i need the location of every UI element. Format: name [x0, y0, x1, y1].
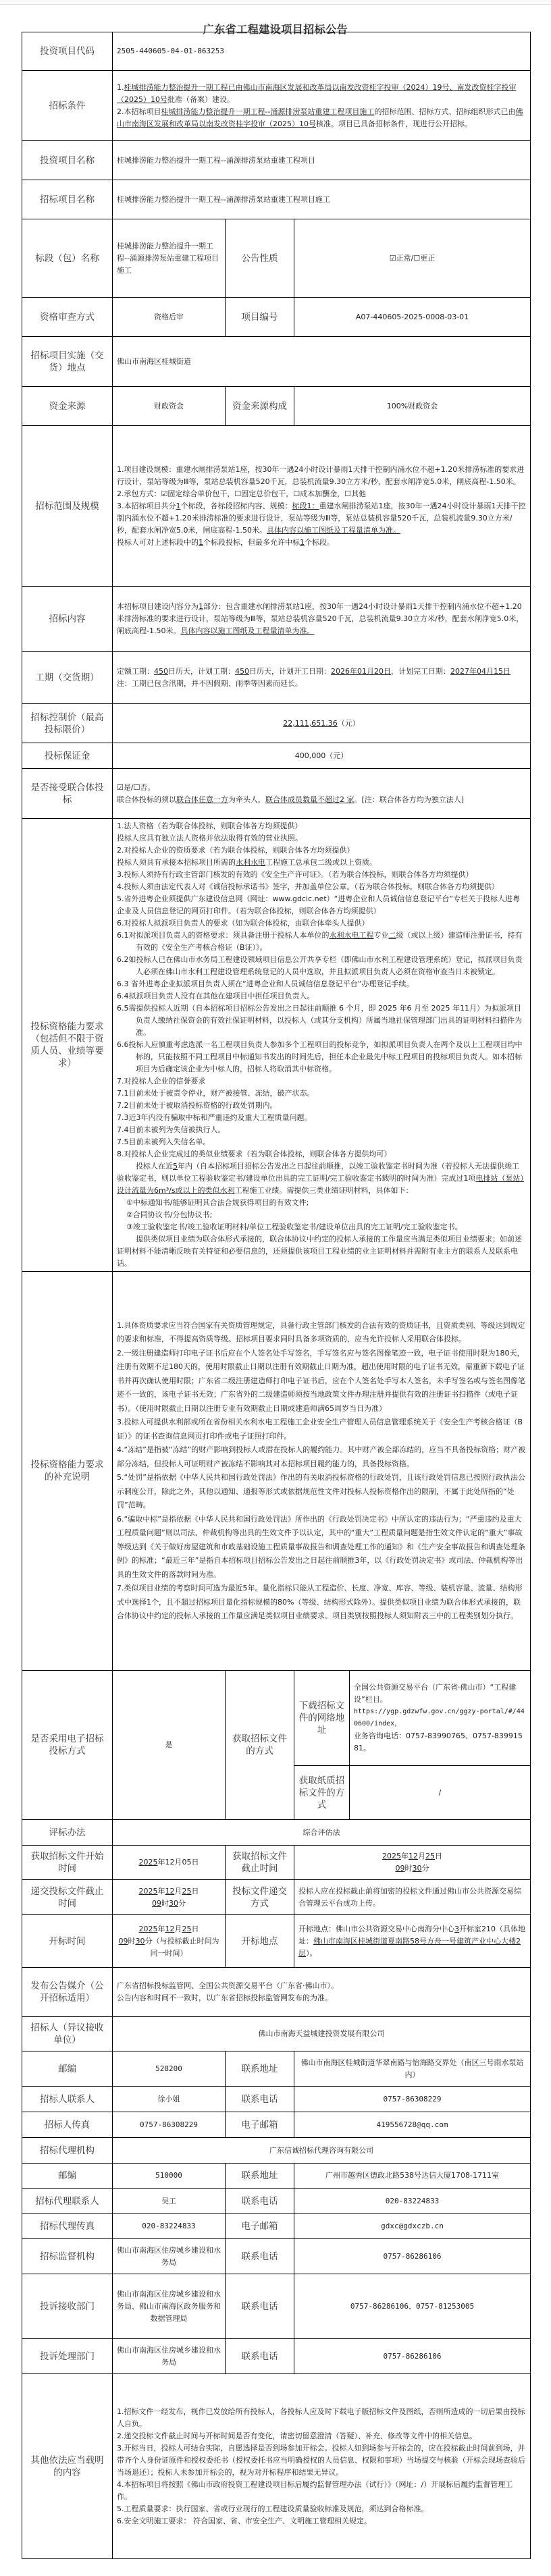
text: 佛山市南海区桂城街道夏南路58号方舟一号建筑产业中心大楼2层 [298, 1937, 521, 1958]
text: 7.1目前未处于被责令停业，财产被接管、冻结，破产状态。 [117, 1088, 526, 1100]
text: （元） [338, 719, 360, 728]
text: 8.对投标人企业完成过的类似业绩要求（若为联合体投标，则联合体各方提供均可） [117, 1148, 526, 1160]
complaint-handle-value: 佛山市南海区住房城乡建设和水务局 [113, 2339, 226, 2374]
consortium-value: ☑是/☐否。 联合体投标的须以联合体任意一方为牵头人，联合体成员数量不超过2 家… [113, 769, 531, 819]
text: 3.本招标项目共分 [117, 502, 176, 510]
label: 投标保证金 [22, 743, 113, 769]
label: 投标资格能力要求的补充说明 [22, 1272, 113, 1671]
supplement-value: 1.具体资质要求应当符合国家有关资质管理规定，具备行政主管部门核发的合法有效的资… [113, 1272, 531, 1671]
row-investment-code: 投资项目代码 2505-440605-04-01-863253 [22, 32, 531, 71]
label: 联系电话 [226, 2339, 294, 2374]
label: 评标办法 [22, 1820, 113, 1846]
text: 09 [152, 1899, 161, 1908]
label: 下载招标文件的网络地址 [294, 1671, 350, 1766]
text: 1.法人资格（若为联合体投标，则联合体各方均须提供） [117, 820, 526, 832]
row-scope: 招标范围及规模 1.项目建设规模：重建水闸排涝泵站1座，按30年一遇24小时设计… [22, 426, 531, 587]
label: 资金来源构成 [226, 387, 294, 426]
label: 联系地址 [226, 2164, 294, 2189]
label: 公告性质 [226, 219, 294, 298]
text: 佛山市南海区发展和改革局 [243, 83, 332, 92]
text: 7.5目前未被列入失信名单。 [117, 1136, 526, 1148]
label: 投标文件递交方式 [226, 1880, 294, 1915]
text: 3 [454, 1925, 459, 1933]
text: 为牵头人， [228, 795, 265, 804]
row-tenderer: 招标人（异议接收单位） 佛山市南海天益城建投资发展有限公司 [22, 2017, 531, 2051]
row-other: 其他依法应当载明的内容 1.招标文件一经发布，视作已发放给所有投标人，各投标人应… [22, 2374, 531, 2559]
agency-value: 广东信诚招标代理咨询有限公司 [113, 2138, 531, 2164]
label: 开标地点 [226, 1915, 294, 1968]
supervisor-value: 佛山市南海区住房城乡建设和水务局 [113, 2239, 226, 2274]
label: 招标内容 [22, 587, 113, 652]
row-agency: 招标代理机构 广东信诚招标代理咨询有限公司 [22, 2138, 531, 2164]
text: 6.6投标人应慎重考虑选派一名工程项目负责人参加多个工程项目的投标竞争，如拟派项… [117, 1039, 526, 1075]
text: 全国公共资源交易平台（广东省·佛山市）“工程建设”栏目。 [354, 1682, 526, 1706]
row-content: 招标内容 本招标项目建设内容分为1部分：包含重建水闸排涝泵站1座，按30年一遇2… [22, 587, 531, 652]
text: 本招标项目建设内容分为 [117, 602, 199, 611]
paper-method-value: / [350, 1766, 531, 1820]
text: ，计划完工日期： [391, 667, 450, 676]
text: 批准（备案）建设。 [167, 95, 234, 104]
row-bid-bond: 投标保证金 400,000（元） [22, 743, 531, 769]
text: ①中标通知书/能够证明其合法合规获得项目的有效文件; [117, 1197, 526, 1209]
text: ③竣工验收鉴定书/竣工验收证明材料/单位工程验收鉴定书/建设单位出具的完工证明/… [117, 1221, 526, 1233]
label: 招标控制价（最高投标限价） [22, 704, 113, 743]
label: 标段（包）名称 [22, 219, 113, 298]
text: 1 [176, 502, 181, 510]
agency-contact-value: 吴工 [113, 2189, 226, 2214]
row-complaint-handle: 投诉处理部门 佛山市南海区住房城乡建设和水务局 联系电话 0757-862861… [22, 2339, 531, 2374]
row-conditions: 招标条件 1.桂城排涝能力整治提升一期工程已由佛山市南海区发展和改革局以南发改资… [22, 71, 531, 141]
text: 的招标范围、招标方式、招标组织形式已由 [374, 107, 515, 116]
location-value: 佛山市南海区桂城街道 [113, 337, 531, 387]
label: 招标人（异议接收单位） [22, 2017, 113, 2051]
text: 2.对投标人企业的资质要求（若为联合体投标，则联合体各方均须提供） [117, 844, 526, 857]
label: 发布公告媒介（公开招标适用） [22, 1968, 113, 2017]
label: 电子邮箱 [226, 2112, 294, 2138]
row-electronic-download: 是否采用电子招标投标方式 是 获取招标文件的方式 下载招标文件的网络地址 全国公… [22, 1671, 531, 1766]
requirements-value: 1.法人资格（若为联合体投标，则联合体各方均须提供） 投标人应具有独立法人资格并… [113, 819, 531, 1272]
text: 业务咨询电话：0757-83990765、0757-83991581。 [354, 1730, 526, 1754]
text: 二 [389, 931, 396, 940]
funding-composition-value: 100%财政资金 [294, 387, 531, 426]
top-bar [0, 0, 551, 5]
text: 09 [119, 1937, 128, 1946]
text: 22,111,651.36 [283, 719, 337, 728]
tender-name-value: 桂城排涝能力整治提升一期工程--涌源排涝泵站重建工程项目施工 [113, 180, 531, 219]
obtain-start-value: 2025年12月05日 [113, 1846, 226, 1880]
tenderer-contact-value: 徐小姐 [113, 2087, 226, 2112]
label: 招标范围及规模 [22, 426, 113, 587]
text: 注：工期已包含汛期，并不因假期、雨季等因素而延长。 [117, 679, 303, 688]
text: 5.“处罚”是指依据《中华人民共和国行政处罚法》作出的有关取消投标资格的行政处罚… [117, 1471, 526, 1513]
planned-start-date: 2026年01月20日 [331, 667, 391, 676]
text: 12 [165, 1887, 175, 1896]
text: 以 [332, 83, 340, 92]
media-value: 广东省招标投标监管网、全国公共资源交易平台（广东省·佛山市）。 公告内容和时间不… [113, 1968, 531, 2017]
agency-address-value: 广州市越秀区德政北路538号达信大厦1708-1711室 [294, 2164, 531, 2189]
label: 招标代理机构 [22, 2138, 113, 2164]
label: 投标资格能力要求（包括但不限于资质人员、业绩等要求） [22, 819, 113, 1272]
row-agency-post: 邮编 510000 联系地址 广州市越秀区德政北路538号达信大厦1708-17… [22, 2164, 531, 2189]
qualification-review-value: 资格后审 [113, 298, 226, 337]
label: 获取招标文件开始时间 [22, 1846, 113, 1880]
text: 5 [173, 1162, 178, 1171]
row-agency-fax: 招标代理传真 020-83224833 电子邮箱 gdxc@gdxczb.cn [22, 2214, 531, 2239]
text: 具体内容以施工图纸及工程量清单为准。 [267, 526, 400, 535]
row-tenderer-contact: 招标人联系人 徐小姐 联系电话 0757-86308229 [22, 2087, 531, 2112]
text: 2.递交投标文件截止时间与开标时间是否有变化，请密切留意澄清（答疑）、补充、修改… [117, 2430, 526, 2442]
text: 日历天，计划工期： [168, 667, 235, 676]
supervisor-phone-value: 0757-86286106 [294, 2239, 531, 2274]
label: 联系电话 [226, 2189, 294, 2214]
text: 工程施工总承包二级或以上资质。 [265, 858, 377, 867]
label: 投诉处理部门 [22, 2339, 113, 2374]
row-evaluation: 评标办法 综合评估法 [22, 1820, 531, 1846]
lot-name-value: 桂城排涝能力整治提升一期工程--涌源排涝泵站重建工程项目施工 [113, 219, 226, 298]
text: 6.安全文明施工要求： 符合国家、省、市安全生产、文明施工管理相关规定。 [117, 2515, 526, 2527]
text: ②合同协议书/分包协议书; [117, 1209, 526, 1221]
tenderer-postcode-value: 528200 [113, 2051, 226, 2087]
electronic-value: 是 [113, 1671, 226, 1820]
label: 招标条件 [22, 71, 113, 141]
label: 获取纸质招标文件的方式 [294, 1766, 350, 1820]
label: 招标代理传真 [22, 2214, 113, 2239]
text: 25 [425, 1852, 435, 1860]
label: 是否采用电子招标投标方式 [22, 1671, 113, 1820]
text: 联合体成员数量不超过2 家 [265, 795, 355, 804]
row-consortium: 是否接受联合体投标 ☑是/☐否。 联合体投标的须以联合体任意一方为牵头人，联合体… [22, 769, 531, 819]
funding-value: 财政资金 [113, 387, 226, 426]
text: ）。 [306, 1949, 317, 1958]
text: 4.“冻结”是指被“冻结”的财产影响到投标人或潜在投标人的履约能力。其中财产被全… [117, 1443, 526, 1471]
text: 标段1： [292, 502, 319, 510]
text: 7.2目前未处于被取消投标资格的行政处罚期内。 [117, 1100, 526, 1112]
text: 6.1对拟派项目负责人的资格要求：须具备注册于投标人本单位的 [117, 931, 330, 940]
text: 6.4拟派项目负责人没有在其他在建项目中担任项目负责人。 [117, 990, 526, 1002]
text: 。[注：联合体各方均为独立法人] [355, 795, 465, 804]
complaint-receive-phone-value: 0757-86286106、0757-81253005 [294, 2274, 531, 2339]
tenderer-fax-value: 0757-86308229 [113, 2112, 226, 2138]
label: 资金来源 [22, 387, 113, 426]
text: 12 [409, 1852, 418, 1860]
investment-code-value: 2505-440605-04-01-863253 [113, 32, 531, 71]
text: 7.对投标人企业的信誉要求 [117, 1075, 526, 1088]
text: 2025 [382, 1852, 401, 1860]
row-tenderer-post: 邮编 528200 联系地址 佛山市南海区桂城街道华翠南路与怡海路交界处（南区三… [22, 2051, 531, 2087]
text: 联合体任意一方 [176, 795, 228, 804]
download-address-value: 全国公共资源交易平台（广东省·佛山市）“工程建设”栏目。 https://ygp… [350, 1671, 531, 1766]
text: 30 [413, 1864, 422, 1873]
text: 提供类似项目业绩为联合体形式承接的，联合体协议中约定的投标人承接的工作量应当满足… [117, 1233, 526, 1270]
label: 招标代理联系人 [22, 2189, 113, 2214]
obtain-end-value: 2025年12月25日 09时30分 [294, 1846, 531, 1880]
label: 联系电话 [226, 2087, 294, 2112]
text: 5.省外进粤企业须提供广东建设信息网（网址：www.gdcic.net）“进粤企… [117, 893, 526, 917]
row-supplement: 投标资格能力要求的补充说明 1.具体资质要求应当符合国家有关资质管理规定，具备行… [22, 1272, 531, 1671]
label: 开标时间 [22, 1915, 113, 1968]
text: 3.开标当日，投标人可结合实际，自愿选择是否到场参加开标会。投标人如到场参与开标… [117, 2442, 526, 2479]
row-complaint-receive: 投诉接收部门 佛山市南海区住房城乡建设和水务局、佛山市南海区政务服务和数据管理局… [22, 2274, 531, 2339]
label: 招标项目实施（交货）地点 [22, 337, 113, 387]
label: 招标监督机构 [22, 2239, 113, 2274]
duration-value: 定额工期：450日历天，计划工期：450日历天，计划开工日期：2026年01月2… [113, 652, 531, 704]
text: 工程施工业绩。需提供三类业绩证明材料，具体如下： [235, 1186, 413, 1195]
content-value: 本招标项目建设内容分为1部分：包含重建水闸排涝泵站1座，按30年一遇24小时设计… [113, 587, 531, 652]
text: 公告内容和时间不一致时，以广东省招标投标监管网发布的为准。 [117, 1992, 526, 2004]
text: 09 [396, 1864, 405, 1873]
text: 桂城排涝能力整治提升一期工程--涌源排涝泵站重建工程项目施工 [161, 107, 375, 116]
submit-method-value: 投标人应在投标截止前将加密的投标文件通过佛山市公共资源交易综合管理云平台成功上传… [294, 1880, 531, 1915]
text: 2025 [139, 1887, 158, 1896]
text: 12 [165, 1925, 175, 1933]
row-funding: 资金来源 财政资金 资金来源构成 100%财政资金 [22, 387, 531, 426]
text: 个标段。 [305, 538, 334, 547]
text: 25 [182, 1925, 192, 1933]
text: 3.投标人可提供水利部或所在省份相关水利水电工程施工企业安全生产管理人员信息管理… [117, 1416, 526, 1443]
text: 核准。项目已具备招标条件，现进行公开招标。 [316, 119, 472, 128]
submit-deadline-value: 2025年12月25日 09时30分 [113, 1880, 226, 1915]
label: 联系地址 [226, 2051, 294, 2087]
text: 450 [235, 667, 249, 676]
text: 30 [136, 1937, 145, 1946]
label: 招标人联系人 [22, 2087, 113, 2112]
label: 邮编 [22, 2164, 113, 2189]
control-price-value: 22,111,651.36（元） [113, 704, 531, 743]
agency-email-value[interactable]: gdxc@gdxczb.cn [294, 2214, 531, 2239]
row-agency-contact: 招标代理联系人 吴工 联系电话 020-83224833 [22, 2189, 531, 2214]
text: 4.本招标项目将按照《佛山市政府投资工程建设项目标后履约监督管理办法（试行）》（… [117, 2479, 526, 2503]
label: 招标项目名称 [22, 180, 113, 219]
tenderer-phone-value: 0757-86308229 [294, 2087, 531, 2112]
notice-nature-value: ☑正常/☐更正 [294, 219, 531, 298]
text: 年12月05日 [158, 1858, 199, 1867]
bid-bond-value: 400,000（元） [113, 743, 531, 769]
complaint-handle-phone-value: 0757-86286106 [294, 2339, 531, 2374]
text: 水利水电 [236, 858, 265, 867]
text: 4.投标人须由法定代表人对《诚信投标承诺书》签字，并加盖单位公章。（若为联合体投… [117, 881, 526, 893]
agency-fax-value: 020-83224833 [113, 2214, 226, 2239]
row-control-price: 招标控制价（最高投标限价） 22,111,651.36（元） [22, 704, 531, 743]
text: 联合体投标的须以 [117, 795, 176, 804]
text: 开标地点：佛山市公共资源交易中心南海分中心 [298, 1925, 454, 1933]
text: 6.对投标人拟派项目负责人的要求（如为联合体投标，由联合体牵头人提供） [117, 917, 526, 930]
opening-place-value: 开标地点：佛山市公共资源交易中心南海分中心3开标室210（具体地址：佛山市南海区… [294, 1915, 531, 1968]
scope-value: 1.项目建设规模：重建水闸排涝泵站1座，按30年一遇24小时设计暴雨1天排干控制… [113, 426, 531, 587]
text: 1 [199, 602, 203, 611]
label: 投诉接收部门 [22, 2274, 113, 2339]
text: 1.项目建设规模：重建水闸排涝泵站1座，按30年一遇24小时设计暴雨1天排干控制… [117, 464, 526, 488]
text: 个标段投标，但最多允许中标 [203, 538, 300, 547]
label: 其他依法应当载明的内容 [22, 2374, 113, 2559]
evaluation-value: 综合评估法 [113, 1820, 531, 1846]
text: 1.具体资质要求应当符合国家有关资质管理规定，具备行政主管部门核发的合法有效的资… [117, 1319, 526, 1347]
text: 3.投标人须持有行政主管部门核发的有效的《安全生产许可证》。（若为联合体投标，则… [117, 869, 526, 881]
text: 投标人应具有独立法人资格并依法取得有效的营业执照。 [117, 832, 526, 844]
text: 桂城排涝能力整治提升一期工程已由 [124, 83, 243, 92]
text: 1 [199, 538, 203, 547]
row-location: 招标项目实施（交货）地点 佛山市南海区桂城街道 [22, 337, 531, 387]
text: 个标段，各标段招标内容、规模： [181, 502, 292, 510]
text: 以南发改资桂字投审（2025）10号 [199, 119, 316, 128]
label: 联系电话 [226, 2239, 294, 2274]
label: 投资项目代码 [22, 32, 113, 71]
download-url-link[interactable]: https://ygp.gdzwfw.gov.cn/ggzy-portal/#/… [354, 1706, 526, 1730]
text: 投标人可对上述标段中的 [117, 538, 199, 547]
text: 1.招标文件一经发布，视作已发放给所有投标人，各投标人应及时下载电子版招标文件及… [117, 2406, 526, 2430]
row-media: 发布公告媒介（公开招标适用） 广东省招标投标监管网、全国公共资源交易平台（广东省… [22, 1968, 531, 2017]
label: 获取招标文件的方式 [226, 1671, 294, 1820]
text: 5.工程质量要求：执行国家、省或行业现行的工程建设质量验收标准及规范，须达到合格… [117, 2503, 526, 2515]
label: 联系电话 [226, 2274, 294, 2339]
project-number-value: A07-440605-2025-0008-03-01 [294, 298, 531, 337]
text: 广东省招标投标监管网、全国公共资源交易平台（广东省·佛山市）。 [117, 1980, 526, 1992]
text: 定额工期： [117, 667, 154, 676]
text: 25 [182, 1887, 192, 1896]
row-lot: 标段（包）名称 桂城排涝能力整治提升一期工程--涌源排涝泵站重建工程项目施工 公… [22, 219, 531, 298]
agency-postcode-value: 510000 [113, 2164, 226, 2189]
text: 水利水电工程 [330, 931, 374, 940]
text: 2.本招标项目 [117, 107, 161, 116]
row-tenderer-fax: 招标人传真 0757-86308229 电子邮箱 419556728@qq.co… [22, 2112, 531, 2138]
agency-phone-value: 020-83224833 [294, 2189, 531, 2214]
text: 7.4目前未被列为失信被执行人。 [117, 1124, 526, 1136]
text: 6.“骗取中标”是指依据《中华人民共和国行政处罚法》所作出的《行政处罚决定书》中… [117, 1513, 526, 1582]
text: 年内（自本招标项目招标公告发出之日起往前顺推，以竣工验收鉴定书时间为准（若投标人… [117, 1162, 519, 1183]
text: 1 [300, 538, 305, 547]
tenderer-value: 佛山市南海天益城建投资发展有限公司 [113, 2017, 531, 2051]
label: 投资项目名称 [22, 141, 113, 180]
opening-time-value: 2025年12月25日 09时30分（与投标截止时间为同一时间） [113, 1915, 226, 1968]
complaint-receive-value: 佛山市南海区住房城乡建设和水务局、佛山市南海区政务服务和数据管理局 [113, 2274, 226, 2339]
label: 邮编 [22, 2051, 113, 2087]
investment-name-value: 桂城排涝能力整治提升一期工程--涌源排涝泵站重建工程项目 [113, 141, 531, 180]
text: 专业 [374, 931, 389, 940]
text: （与投标截止时间为同一时间） [151, 1937, 219, 1958]
other-value: 1.招标文件一经发布，视作已发放给所有投标人，各投标人应及时下载电子版招标文件及… [113, 2374, 531, 2559]
text: 2.承包方式：☑固定综合单价包干，☐固定总价包干，☐成本加酬金，☐其他 [117, 488, 526, 500]
text: 30 [169, 1899, 178, 1908]
text: 7.类似项目业绩的考察时间可选为最近5年。量化指标只能从工程造价、长度、净宽、库… [117, 1582, 526, 1624]
text: 7.3近3年内没有骗取中标和严重违约及重大工程质量问题。 [117, 1112, 526, 1124]
row-requirements: 投标资格能力要求（包括但不限于资质人员、业绩等要求） 1.法人资格（若为联合体投… [22, 819, 531, 1272]
row-obtain-time: 获取招标文件开始时间 2025年12月05日 获取招标文件截止时间 2025年1… [22, 1846, 531, 1880]
text: ☑是/☐否。 [117, 782, 526, 794]
row-investment-name: 投资项目名称 桂城排涝能力整治提升一期工程--涌源排涝泵站重建工程项目 [22, 141, 531, 180]
text: 2025 [139, 1925, 158, 1933]
text: 投标人在近 [136, 1162, 173, 1171]
label: 项目编号 [226, 298, 294, 337]
text: 6.5需提供投标人近期（自本招标项目招标公告发出之日起往前顺推 6 个月，即 2… [117, 1002, 526, 1039]
label: 获取招标文件截止时间 [226, 1846, 294, 1880]
planned-end-date: 2027年04月15日 [450, 667, 510, 676]
label: 工期（交货期） [22, 652, 113, 704]
text: 具体内容以施工图纸及工程量清单为准。 [180, 626, 314, 635]
conditions-value: 1.桂城排涝能力整治提升一期工程已由佛山市南海区发展和改革局以南发改资桂字投审（… [113, 71, 531, 141]
text: 2.一级注册建造师打印电子证书后应在个人签名处手写签名，手写签名应与签名图像笔迹… [117, 1347, 526, 1416]
label: 招标人传真 [22, 2112, 113, 2138]
tenderer-email-value[interactable]: 419556728@qq.com [294, 2112, 531, 2138]
text: 6.2如投标人已在佛山市水务局工程建设领域项目信息公开共享专栏（即佛山市水利工程… [117, 954, 526, 978]
label: 递交投标文件截止时间 [22, 1880, 113, 1915]
text: 2025 [139, 1858, 158, 1867]
row-supervisor: 招标监督机构 佛山市南海区住房城乡建设和水务局 联系电话 0757-862861… [22, 2239, 531, 2274]
text: 日历天，计划开工日期： [249, 667, 331, 676]
tender-notice-table: 投资项目代码 2505-440605-04-01-863253 招标条件 1.桂… [22, 32, 531, 2559]
text: 6.3 省外进粤企业拟派项目负责人须在“进粤企业和人员诚信信息登记平台”办理登记… [117, 978, 526, 990]
row-qualification-review: 资格审查方式 资格后审 项目编号 A07-440605-2025-0008-03… [22, 298, 531, 337]
row-opening: 开标时间 2025年12月25日 09时30分（与投标截止时间为同一时间） 开标… [22, 1915, 531, 1968]
row-submit: 递交投标文件截止时间 2025年12月25日 09时30分 投标文件递交方式 投… [22, 1880, 531, 1915]
row-duration: 工期（交货期） 定额工期：450日历天，计划工期：450日历天，计划开工日期：2… [22, 652, 531, 704]
label: 是否接受联合体投标 [22, 769, 113, 819]
text: 1. [117, 83, 124, 92]
label: 电子邮箱 [226, 2214, 294, 2239]
text: 450 [154, 667, 168, 676]
row-tender-name: 招标项目名称 桂城排涝能力整治提升一期工程--涌源排涝泵站重建工程项目施工 [22, 180, 531, 219]
tenderer-address-value: 佛山市南海区桂城街道华翠南路与怡海路交界处（南区三号雨水泵站内） [294, 2051, 531, 2087]
label: 资格审查方式 [22, 298, 113, 337]
text: 投标人须具有承接本招标项目所需的 [117, 858, 236, 867]
